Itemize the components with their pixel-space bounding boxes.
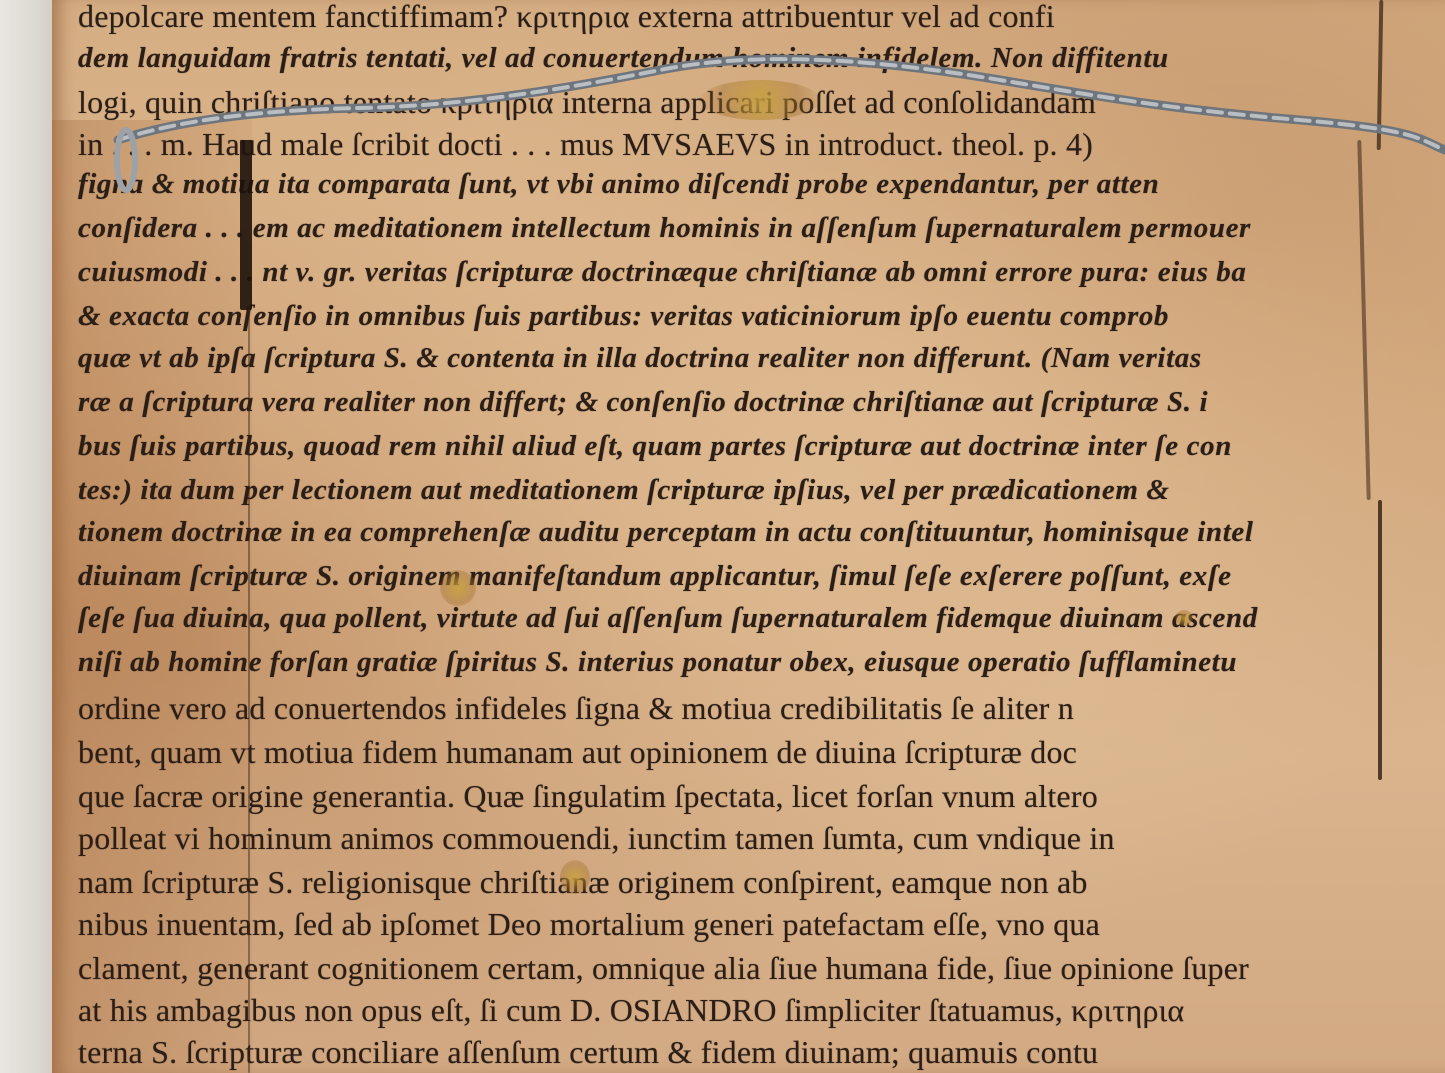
torn-edge-left bbox=[248, 300, 250, 1073]
text-line: in . . . m. Haud male ſcribit docti . . … bbox=[78, 128, 1093, 160]
text-line: depolcare mentem fanctiffimam? κριτηρια … bbox=[78, 0, 1055, 32]
text-line: tes:) ita dum per lectionem aut meditati… bbox=[78, 476, 1170, 505]
text-line: nibus inuentam, ſed ab ipſomet Deo morta… bbox=[78, 908, 1100, 940]
text-line: logi, quin chriſtiano tentato κριτηρια i… bbox=[78, 86, 1096, 118]
torn-slot-left bbox=[240, 140, 252, 310]
text-line: ſeſe ſua diuina, qua pollent, virtute ad… bbox=[78, 604, 1258, 633]
damage-stain bbox=[700, 80, 820, 120]
text-line: tionem doctrinæ in ea comprehenſæ auditu… bbox=[78, 518, 1253, 547]
background-surface bbox=[0, 0, 60, 1073]
text-line: cuiusmodi . . . nt v. gr. veritas ſcript… bbox=[78, 258, 1247, 287]
text-line: dem languidam fratris tentati, vel ad co… bbox=[78, 44, 1169, 73]
damage-stain bbox=[1175, 610, 1193, 626]
text-line: que ſacræ origine generantia. Quæ ſingul… bbox=[78, 780, 1098, 812]
text-line: bus ſuis partibus, quoad rem nihil aliud… bbox=[78, 432, 1232, 461]
text-line: polleat vi hominum animos commouendi, iu… bbox=[78, 822, 1115, 854]
torn-edge-right bbox=[1378, 500, 1382, 780]
text-line: ordine vero ad conuertendos infideles ſi… bbox=[78, 692, 1074, 724]
damage-stain bbox=[560, 860, 590, 894]
damage-stain bbox=[440, 570, 476, 606]
text-line: clament, generant cognitionem certam, om… bbox=[78, 952, 1249, 984]
text-line: terna S. ſcripturæ conciliare aſſenſum c… bbox=[78, 1036, 1098, 1068]
text-line: niſi ab homine forſan gratiæ ſpiritus S.… bbox=[78, 648, 1237, 677]
text-line: quæ vt ab ipſa ſcriptura S. & contenta i… bbox=[78, 344, 1202, 373]
text-line: conſidera . . . em ac meditationem intel… bbox=[78, 214, 1251, 243]
text-line: diuinam ſcripturæ S. originem manifeſtan… bbox=[78, 562, 1232, 591]
text-line: at his ambagibus non opus eſt, ſi cum D.… bbox=[78, 994, 1184, 1026]
text-line: bent, quam vt motiua fidem humanam aut o… bbox=[78, 736, 1077, 768]
